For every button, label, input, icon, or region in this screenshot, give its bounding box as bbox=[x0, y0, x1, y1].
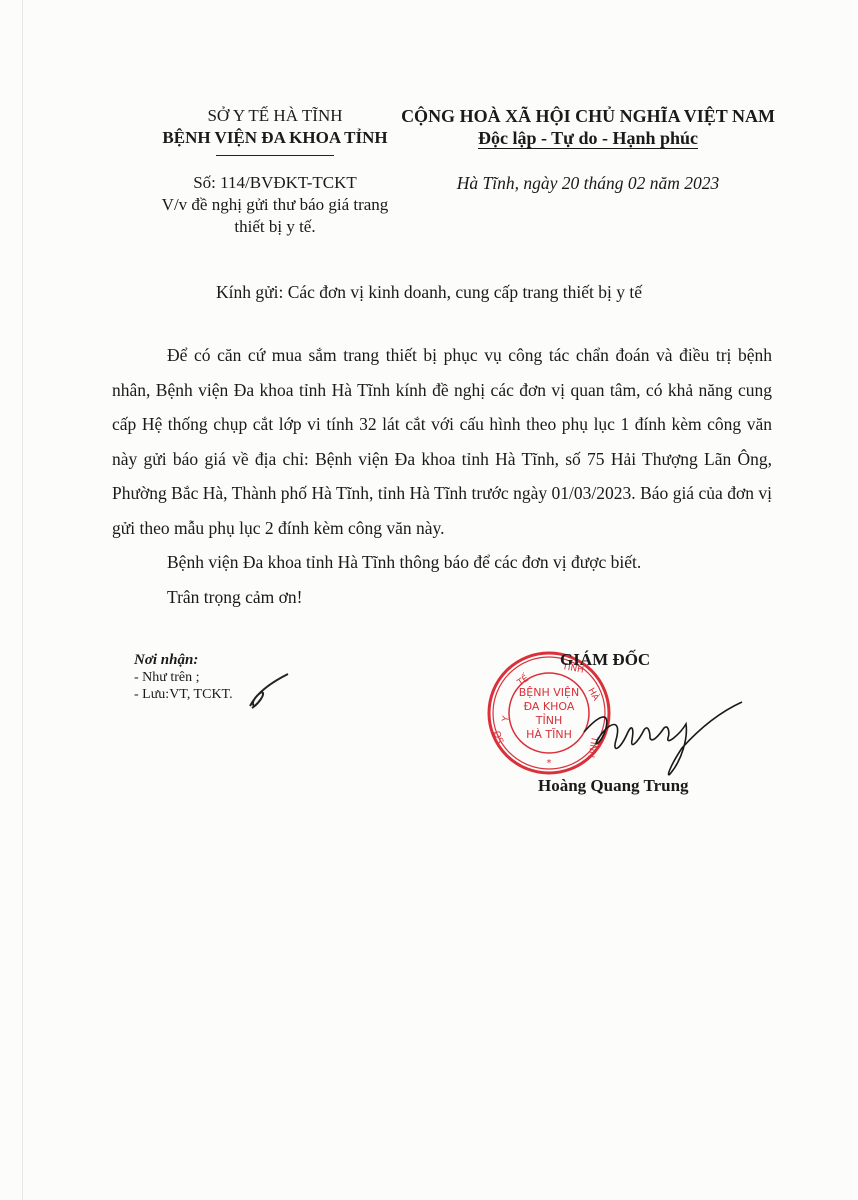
recipients-block: Nơi nhận: - Như trên ; - Lưu:VT, TCKT. bbox=[134, 652, 233, 703]
stamp-line-4: HÀ TĨNH bbox=[526, 728, 572, 741]
subject-line-2: thiết bị y tế. bbox=[110, 216, 440, 238]
signatory-name: Hoàng Quang Trung bbox=[538, 776, 689, 796]
letter-body: Để có căn cứ mua sắm trang thiết bị phục… bbox=[112, 338, 772, 614]
subject-line-1: V/v đề nghị gửi thư báo giá trang bbox=[110, 194, 440, 216]
place-date: Hà Tĩnh, ngày 20 tháng 02 năm 2023 bbox=[378, 172, 798, 194]
body-paragraph-1: Để có căn cứ mua sắm trang thiết bị phục… bbox=[112, 338, 772, 545]
stamp-line-3: TỈNH bbox=[535, 713, 562, 727]
stamp-line-2: ĐA KHOA bbox=[524, 700, 575, 713]
recipient-item: - Lưu:VT, TCKT. bbox=[134, 686, 233, 703]
national-motto: Độc lập - Tự do - Hạnh phúc bbox=[378, 127, 798, 149]
recipients-title: Nơi nhận: bbox=[134, 652, 233, 669]
svg-text:*: * bbox=[547, 758, 552, 769]
national-title: CỘNG HOÀ XÃ HỘI CHỦ NGHĨA VIỆT NAM bbox=[378, 105, 798, 127]
recipient-item: - Như trên ; bbox=[134, 669, 233, 686]
svg-text:Y: Y bbox=[501, 715, 512, 724]
handwritten-signature bbox=[570, 680, 750, 780]
addressee: Kính gửi: Các đơn vị kinh doanh, cung cấ… bbox=[0, 282, 858, 303]
left-header-rule bbox=[216, 155, 334, 156]
body-paragraph-2: Bệnh viện Đa khoa tỉnh Hà Tĩnh thông báo… bbox=[112, 545, 772, 580]
scan-margin-line bbox=[22, 0, 23, 1200]
body-paragraph-3: Trân trọng cảm ơn! bbox=[112, 580, 772, 615]
initials-mark bbox=[244, 672, 294, 712]
right-header: CỘNG HOÀ XÃ HỘI CHỦ NGHĨA VIỆT NAM Độc l… bbox=[378, 105, 798, 149]
signatory-title: GIÁM ĐỐC bbox=[560, 650, 650, 670]
